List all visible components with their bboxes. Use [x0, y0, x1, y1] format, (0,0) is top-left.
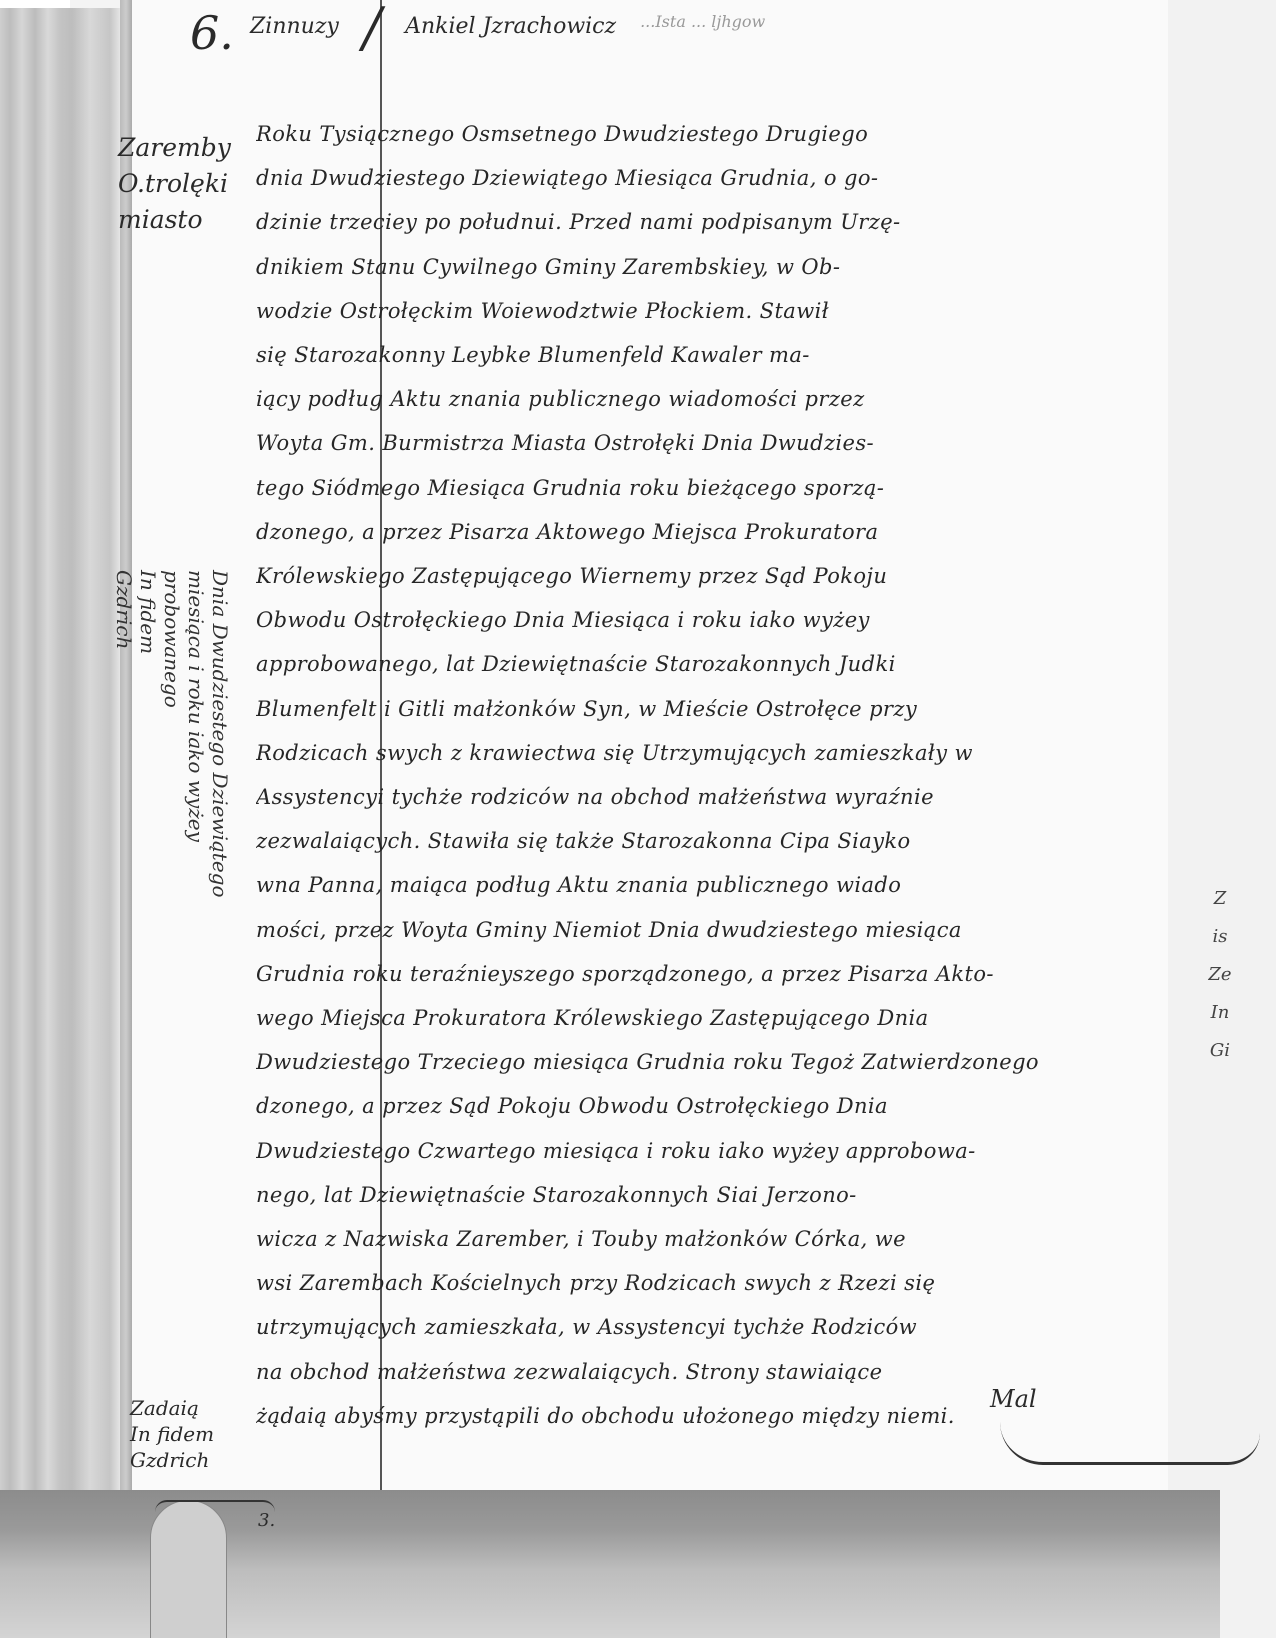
right-margin-line: Z [1205, 880, 1235, 918]
bottom-left-note: Zadaią In fidem Gzdrich [130, 1395, 214, 1473]
body-line: Obwodu Ostrołęckiego Dnia Miesiąca i rok… [256, 598, 1151, 642]
side-note-line: probowanego [160, 570, 184, 1090]
body-line: wicza z Nazwiska Zarember, i Touby małżo… [256, 1217, 1151, 1261]
note-flourish [155, 1500, 275, 1512]
side-note-line: Gzdrich [112, 570, 136, 1090]
body-line: zezwalaiących. Stawiła się także Staroza… [256, 819, 1151, 863]
body-line: dzonego, a przez Pisarza Aktowego Miejsc… [256, 510, 1151, 554]
body-line: dzonego, a przez Sąd Pokoju Obwodu Ostro… [256, 1084, 1151, 1128]
vertical-side-note: Dnia Dwudziestego Dziewiątego miesiąca i… [132, 570, 232, 1090]
margin-note-line: miasto [118, 202, 246, 238]
bottom-note-line: Zadaią [130, 1395, 214, 1421]
right-margin-line: Gi [1205, 1032, 1235, 1070]
body-line: wego Miejsca Prokuratora Królewskiego Za… [256, 996, 1151, 1040]
right-margin-line: In [1205, 994, 1235, 1032]
body-line: iący podług Aktu znania publicznego wiad… [256, 377, 1151, 421]
body-line: tego Siódmego Miesiąca Grudnia roku bież… [256, 466, 1151, 510]
faint-annotation: ...Ista ... ljhgow [640, 12, 765, 31]
body-line: Dwudziestego Czwartego miesiąca i roku i… [256, 1129, 1151, 1173]
body-line: nego, lat Dziewiętnaście Starozakonnych … [256, 1173, 1151, 1217]
body-line: approbowanego, lat Dziewiętnaście Staroz… [256, 642, 1151, 686]
right-margin-notes: Z is Ze In Gi [1205, 880, 1235, 1070]
scan-corner [0, 0, 70, 8]
side-note-line: Dnia Dwudziestego Dziewiątego [208, 570, 232, 1090]
body-line: się Starozakonny Leybke Blumenfeld Kawal… [256, 333, 1151, 377]
body-line: Woyta Gm. Burmistrza Miasta Ostrołęki Dn… [256, 421, 1151, 465]
body-line: Dwudziestego Trzeciego miesiąca Grudnia … [256, 1040, 1151, 1084]
body-line: Blumenfelt i Gitli małżonków Syn, w Mieś… [256, 687, 1151, 731]
official-signature: Mal [990, 1385, 1037, 1413]
body-line: Roku Tysiącznego Osmsetnego Dwudziestego… [256, 112, 1151, 156]
margin-note-line: Zaremby [118, 130, 246, 166]
body-line: Assystencyi tychże rodziców na obchod ma… [256, 775, 1151, 819]
body-line: mości, przez Woyta Gminy Niemiot Dnia dw… [256, 908, 1151, 952]
entry-header: 6. Zinnuzy / Ankiel Jzrachowicz ...Ista … [250, 0, 765, 60]
separator-slash: / [363, 0, 381, 59]
right-margin-line: is [1205, 918, 1235, 956]
book-tab [150, 1500, 227, 1638]
body-line: Rodzicach swych z krawiectwa się Utrzymu… [256, 731, 1151, 775]
left-margin-notes: Zaremby O.trolęki miasto [118, 130, 246, 238]
body-line: utrzymujących zamieszkała, w Assystencyi… [256, 1305, 1151, 1349]
body-line: wsi Zarembach Kościelnych przy Rodzicach… [256, 1261, 1151, 1305]
body-line: dnikiem Stanu Cywilnego Gminy Zarembskie… [256, 245, 1151, 289]
side-note-line: miesiąca i roku iako wyżey [184, 570, 208, 1090]
bottom-note-line: In fidem [130, 1421, 214, 1447]
signature-flourish [1000, 1422, 1260, 1465]
entry-weekday: Zinnuzy [250, 14, 339, 39]
book-spine-shadow [0, 8, 120, 1508]
body-line: Grudnia roku teraźnieyszego sporządzoneg… [256, 952, 1151, 996]
entry-title: Ankiel Jzrachowicz [405, 14, 616, 39]
record-body: Roku Tysiącznego Osmsetnego Dwudziestego… [256, 112, 1151, 1438]
body-line: Królewskiego Zastępującego Wiernemy prze… [256, 554, 1151, 598]
side-note-line: In fidem [136, 570, 160, 1090]
entry-number: 6. [190, 6, 234, 60]
body-line: wodzie Ostrołęckim Woiewodztwie Płockiem… [256, 289, 1151, 333]
body-line: dnia Dwudziestego Dziewiątego Miesiąca G… [256, 156, 1151, 200]
right-margin-line: Ze [1205, 956, 1235, 994]
page-mark: 3. [258, 1510, 275, 1531]
bottom-note-line: Gzdrich [130, 1447, 214, 1473]
scan-background [1168, 0, 1276, 1638]
margin-note-line: O.trolęki [118, 166, 246, 202]
body-line: dzinie trzeciey po połudnui. Przed nami … [256, 200, 1151, 244]
body-line: wna Panna, maiąca podług Aktu znania pub… [256, 863, 1151, 907]
